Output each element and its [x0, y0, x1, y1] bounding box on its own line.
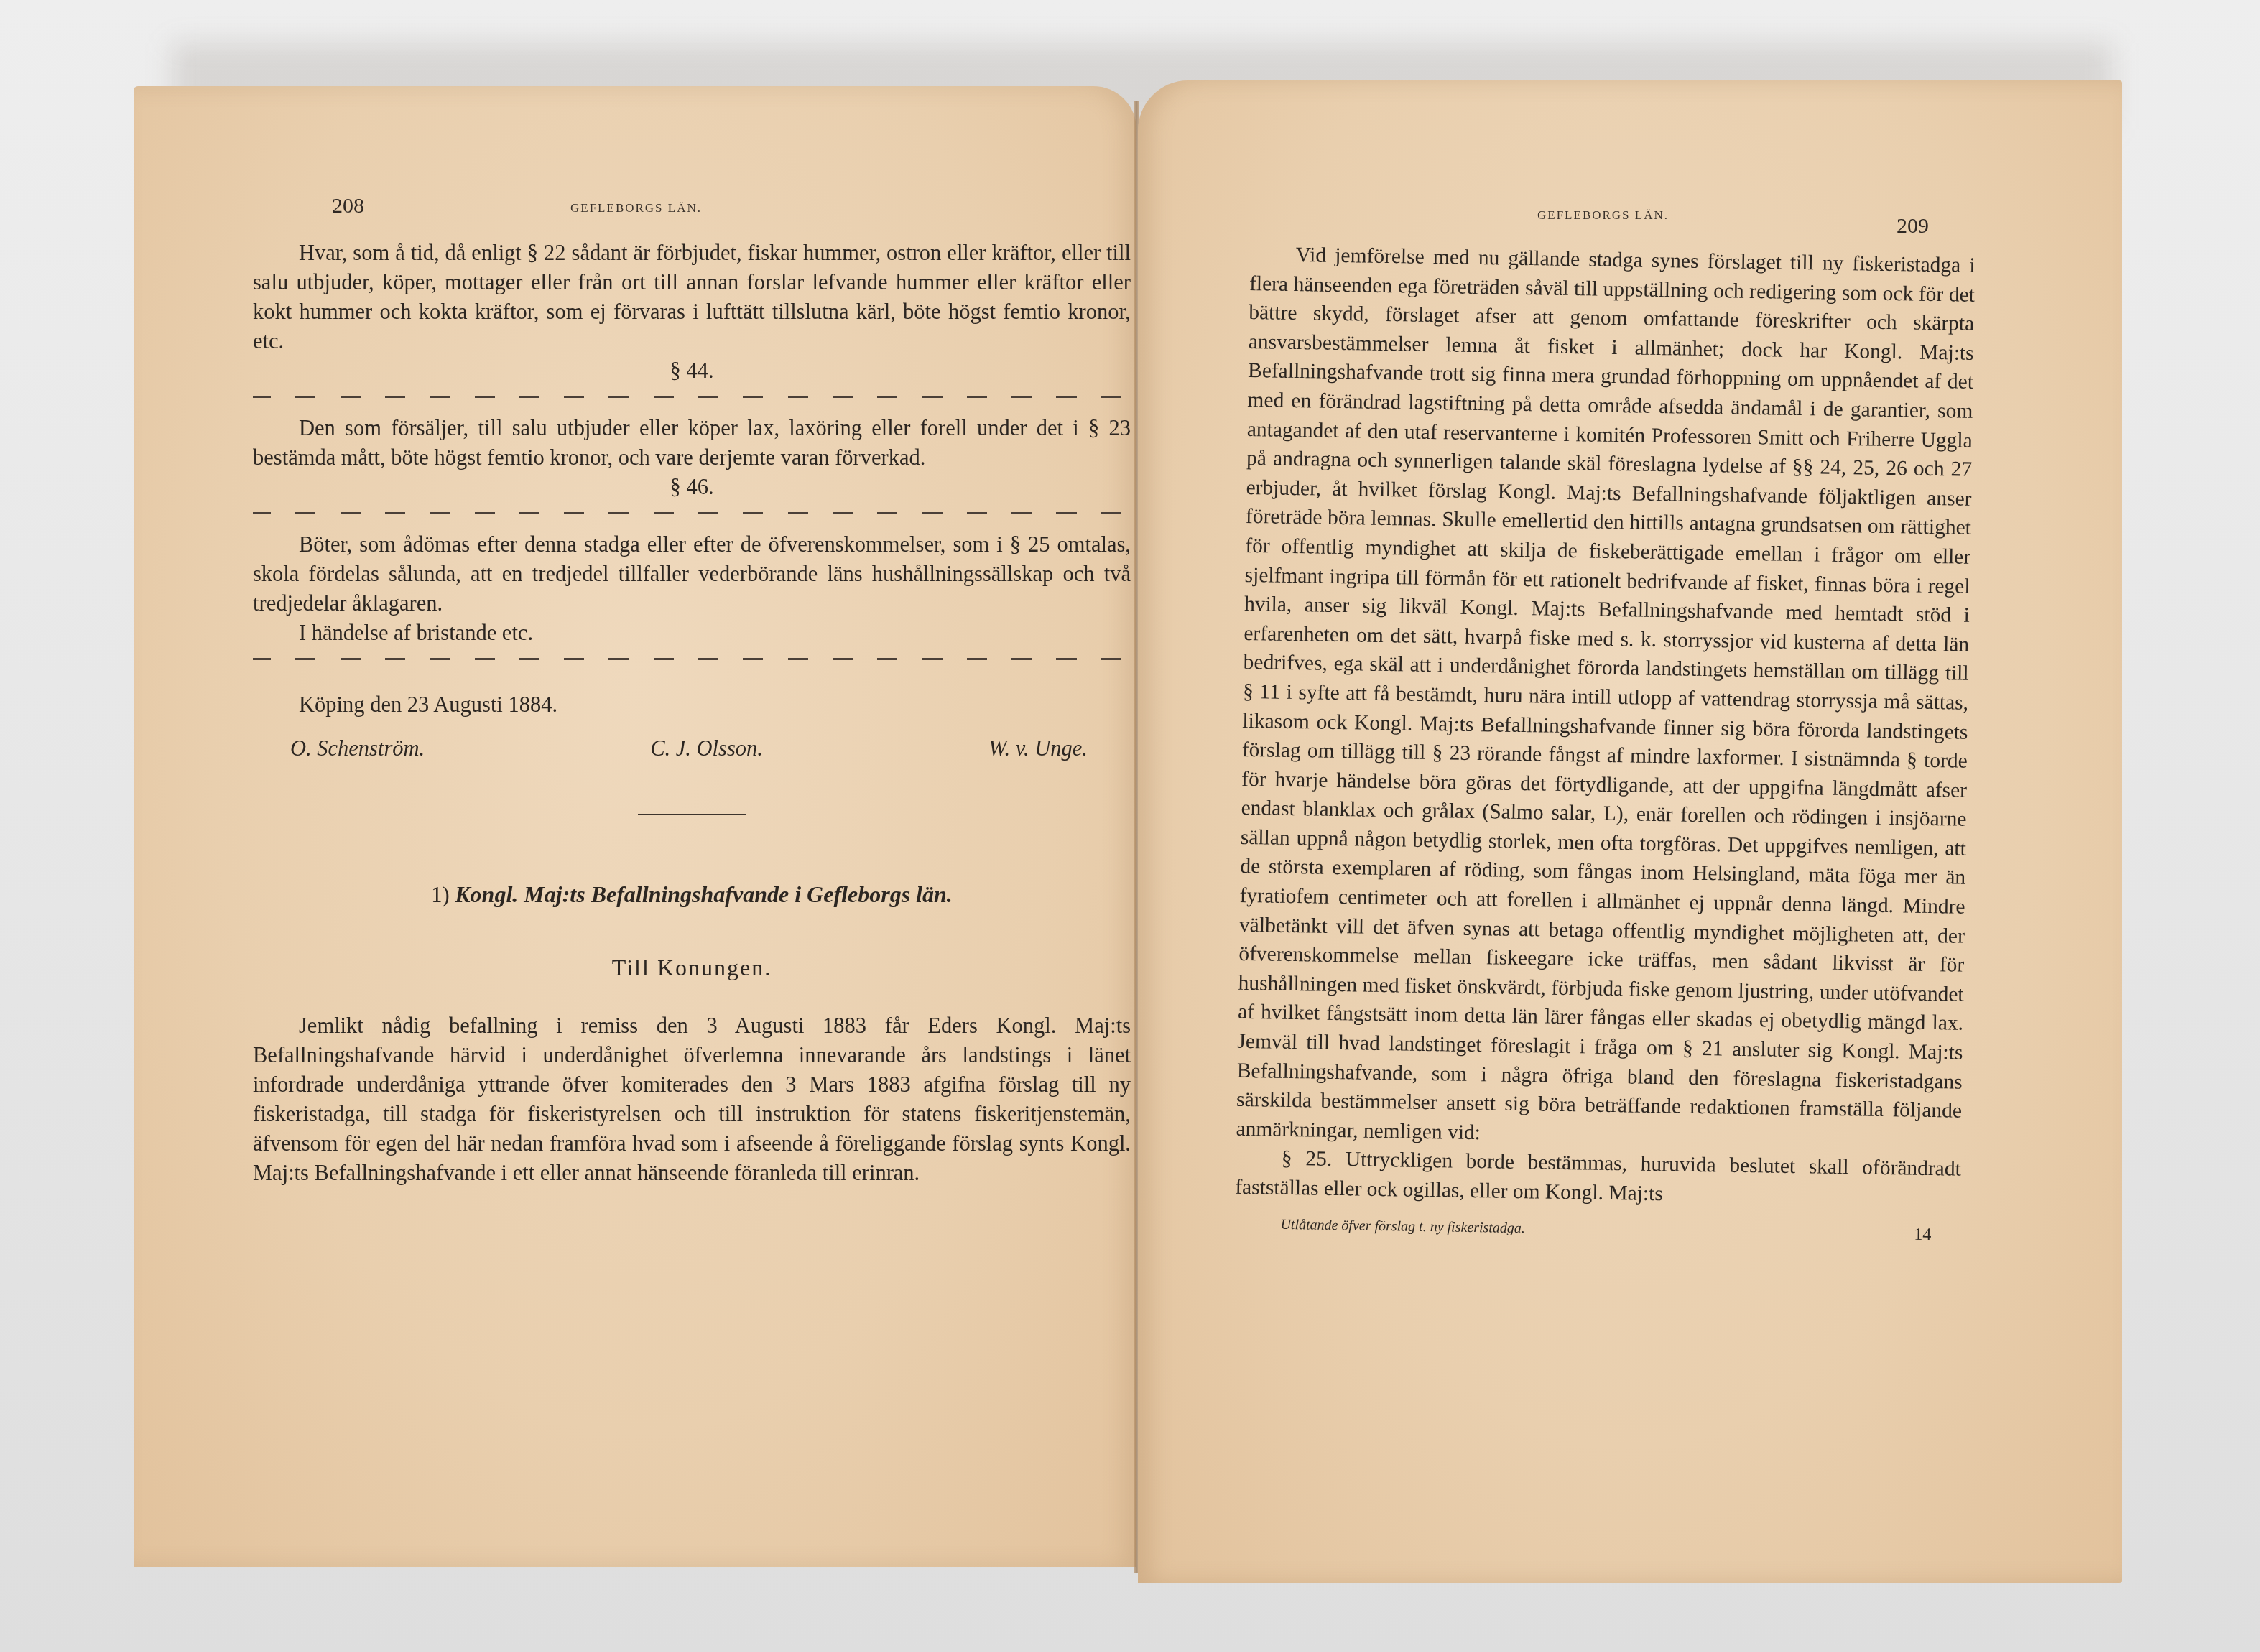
- signature: O. Schenström.: [290, 734, 425, 764]
- paragraph: § 25. Uttryckligen borde bestämmas, huru…: [1235, 1143, 1961, 1213]
- place-date: Köping den 23 Augusti 1884.: [253, 690, 1131, 720]
- paragraph: Hvar, som å tid, då enligt § 22 sådant ä…: [253, 238, 1131, 356]
- page-body: Vid jemförelse med nu gällande stadga sy…: [1234, 240, 1976, 1250]
- section-heading: § 44.: [253, 356, 1131, 386]
- omission-dashes: [253, 512, 1131, 514]
- omission-dashes: [253, 396, 1131, 398]
- paragraph: Jemlikt nådig befallning i remiss den 3 …: [253, 1011, 1131, 1188]
- page-number: 208: [332, 194, 364, 218]
- left-page: 208 GEFLEBORGS LÄN. Hvar, som å tid, då …: [134, 86, 1136, 1567]
- signature-mark: 14: [1914, 1220, 1932, 1249]
- section-heading: § 46.: [253, 473, 1131, 502]
- signature: W. v. Unge.: [988, 734, 1088, 764]
- heading-number: 1): [431, 883, 449, 907]
- running-head: GEFLEBORGS LÄN.: [570, 201, 702, 215]
- paragraph: I händelse af bristande etc.: [253, 618, 1131, 648]
- page-number: 209: [1897, 214, 1929, 238]
- omission-dashes: [253, 658, 1131, 660]
- signature: C. J. Olsson.: [650, 734, 763, 764]
- letter-heading: 1) Kongl. Maj:ts Befallningshafvande i G…: [253, 880, 1131, 910]
- paragraph: Böter, som ådömas efter denna stadga ell…: [253, 530, 1131, 618]
- paragraph: Vid jemförelse med nu gällande stadga sy…: [1236, 240, 1976, 1155]
- page-body: Hvar, som å tid, då enligt § 22 sådant ä…: [253, 238, 1131, 1188]
- addressee: Till Konungen.: [253, 953, 1131, 983]
- signatures: O. Schenström. C. J. Olsson. W. v. Unge.: [253, 734, 1131, 764]
- heading-title: Kongl. Maj:ts Befallningshafvande i Gefl…: [455, 881, 953, 907]
- right-page: GEFLEBORGS LÄN. 209 Vid jemförelse med n…: [1138, 80, 2122, 1583]
- paragraph: Den som försäljer, till salu utbjuder el…: [253, 414, 1131, 473]
- running-head: GEFLEBORGS LÄN.: [1537, 208, 1669, 223]
- footer-title: Utlåtande öfver förslag t. ny fiskerista…: [1280, 1210, 1525, 1243]
